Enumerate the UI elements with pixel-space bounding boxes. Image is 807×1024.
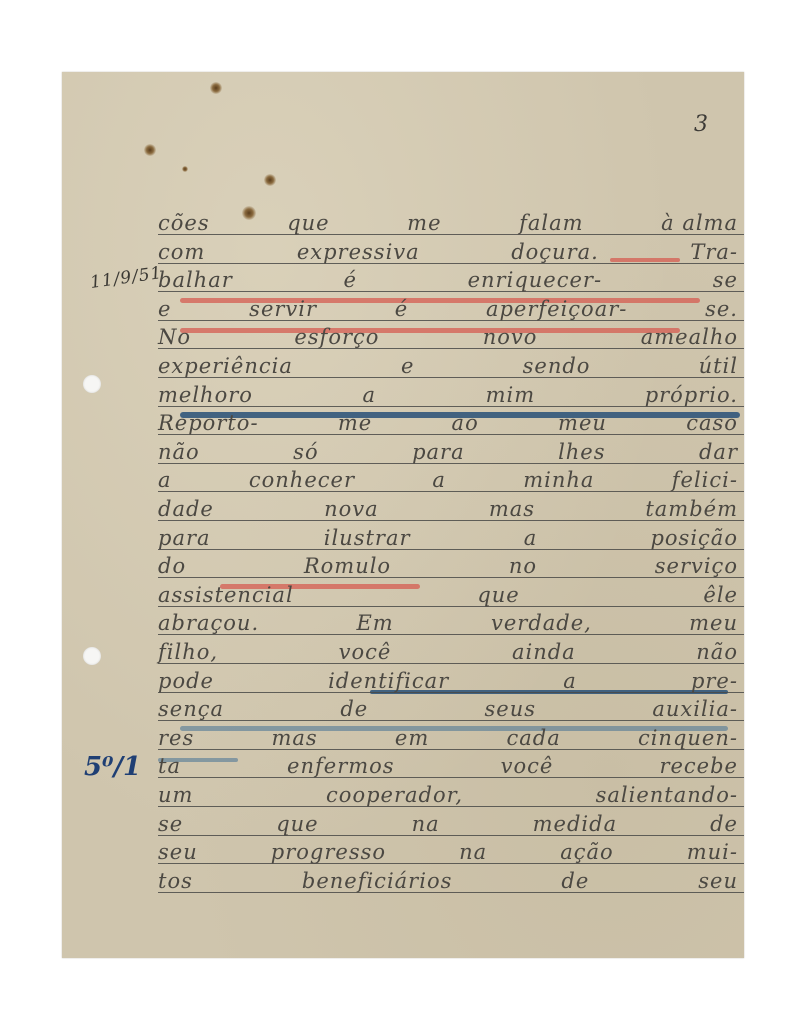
handwritten-line: umcooperador,salientando- — [158, 780, 738, 808]
handwritten-line: taenfermosvocêrecebe — [158, 751, 738, 779]
handwritten-word: dade — [158, 496, 214, 522]
handwritten-line: eserviréaperfeiçoar-se. — [158, 294, 738, 322]
handwritten-word: enriquecer- — [468, 267, 602, 293]
handwritten-word: pode — [158, 668, 214, 694]
stain — [144, 144, 156, 156]
handwritten-word: assistencial — [158, 582, 294, 608]
handwritten-line: assistencialqueêle — [158, 580, 738, 608]
handwritten-word: seu — [158, 839, 198, 865]
handwritten-word: sendo — [523, 353, 591, 379]
handwritten-word: também — [645, 496, 738, 522]
handwritten-word: a — [158, 467, 172, 493]
handwritten-word: conhecer — [249, 467, 355, 493]
handwritten-word: de — [710, 811, 738, 837]
handwritten-word: em — [395, 725, 429, 751]
handwritten-word: a — [362, 382, 376, 408]
handwritten-word: No — [158, 324, 191, 350]
handwritten-word: auxilia- — [652, 696, 738, 722]
handwritten-line: tosbeneficiáriosdeseu — [158, 866, 738, 894]
handwritten-word: ao — [452, 410, 479, 436]
handwritten-word: nova — [324, 496, 379, 522]
handwritten-word: que — [287, 210, 329, 236]
handwritten-word: se — [158, 811, 183, 837]
handwritten-word: na — [459, 839, 487, 865]
stain — [264, 174, 276, 186]
handwritten-word: medida — [533, 811, 617, 837]
handwritten-line: dadenovamastambém — [158, 494, 738, 522]
manuscript-page: 3 11/9/51 5⁰/1 cõesquemefalamà almacomex… — [62, 72, 744, 958]
handwritten-word: ta — [158, 753, 181, 779]
handwritten-word: Reporto- — [158, 410, 259, 436]
handwritten-line: cõesquemefalamà alma — [158, 208, 738, 236]
handwritten-word: um — [158, 782, 193, 808]
handwritten-word: você — [339, 639, 392, 665]
handwritten-word: do — [158, 553, 186, 579]
handwritten-word: filho, — [158, 639, 218, 665]
handwritten-word: ilustrar — [324, 525, 411, 551]
margin-date-annotation: 11/9/51 — [89, 263, 164, 293]
handwritten-word: Tra- — [690, 239, 738, 265]
handwritten-word: de — [561, 868, 589, 894]
handwritten-word: amealho — [641, 324, 738, 350]
handwritten-word: dar — [699, 439, 738, 465]
handwritten-word: a — [432, 467, 446, 493]
handwritten-word: caso — [686, 410, 738, 436]
handwritten-word: expressiva — [297, 239, 420, 265]
handwritten-word: res — [158, 725, 194, 751]
handwritten-line: comexpressivadoçura.Tra- — [158, 237, 738, 265]
handwritten-line: abraçou.Emverdade,meu — [158, 608, 738, 636]
handwritten-word: para — [412, 439, 465, 465]
handwritten-word: se — [713, 267, 738, 293]
handwritten-line: melhoroamimpróprio. — [158, 380, 738, 408]
handwritten-word: a — [563, 668, 577, 694]
handwritten-word: novo — [483, 324, 538, 350]
handwritten-word: servir — [249, 296, 317, 322]
handwritten-word: próprio. — [645, 382, 738, 408]
handwritten-word: você — [501, 753, 554, 779]
handwritten-word: e — [401, 353, 414, 379]
handwritten-word: mas — [271, 725, 317, 751]
handwritten-word: seu — [698, 868, 738, 894]
handwritten-word: útil — [699, 353, 738, 379]
handwritten-line: sençadeseusauxilia- — [158, 694, 738, 722]
handwritten-word: que — [276, 811, 318, 837]
handwritten-word: Em — [356, 610, 393, 636]
handwritten-word: melhoro — [158, 382, 253, 408]
handwritten-word: que — [477, 582, 519, 608]
handwritten-word: minha — [523, 467, 594, 493]
handwritten-word: verdade, — [491, 610, 592, 636]
handwritten-word: serviço — [655, 553, 738, 579]
handwritten-word: recebe — [659, 753, 738, 779]
handwritten-line: filho,vocêaindanão — [158, 637, 738, 665]
handwritten-line: doRomulonoserviço — [158, 551, 738, 579]
handwritten-word: sença — [158, 696, 224, 722]
handwritten-word: lhes — [558, 439, 605, 465]
handwritten-line: Noesforçonovoamealho — [158, 322, 738, 350]
handwritten-word: com — [158, 239, 205, 265]
handwritten-word: felici- — [672, 467, 738, 493]
handwritten-line: podeidentificarapre- — [158, 666, 738, 694]
handwritten-word: experiência — [158, 353, 293, 379]
handwritten-word: para — [158, 525, 211, 551]
handwritten-word: é — [343, 267, 356, 293]
handwritten-word: se. — [705, 296, 738, 322]
handwritten-word: abraçou. — [158, 610, 259, 636]
handwritten-word: me — [338, 410, 372, 436]
handwritten-word: na — [412, 811, 440, 837]
handwritten-line: resmasemcadacinquen- — [158, 723, 738, 751]
handwritten-word: aperfeiçoar- — [486, 296, 627, 322]
handwritten-word: mui- — [687, 839, 738, 865]
handwritten-word: à alma — [661, 210, 738, 236]
punch-hole-bottom — [83, 647, 101, 665]
handwritten-word: doçura. — [511, 239, 599, 265]
handwritten-word: é — [395, 296, 408, 322]
handwritten-word: no — [509, 553, 537, 579]
handwritten-word: mim — [486, 382, 536, 408]
handwritten-line: seuprogressonaaçãomui- — [158, 837, 738, 865]
handwritten-word: seus — [485, 696, 537, 722]
handwritten-line: experiênciaesendoútil — [158, 351, 738, 379]
handwritten-word: salientando- — [596, 782, 738, 808]
handwritten-word: identificar — [328, 668, 449, 694]
handwritten-word: só — [293, 439, 318, 465]
handwritten-line: balharéenriquecer-se — [158, 265, 738, 293]
handwritten-word: meu — [558, 410, 607, 436]
handwritten-word: não — [696, 639, 738, 665]
handwritten-word: de — [340, 696, 368, 722]
handwritten-line: Reporto-meaomeucaso — [158, 408, 738, 436]
handwritten-line: parailustraraposição — [158, 523, 738, 551]
handwritten-word: beneficiários — [302, 868, 452, 894]
handwritten-word: esforço — [294, 324, 379, 350]
handwritten-word: enfermos — [287, 753, 395, 779]
handwritten-line: sequenamedidade — [158, 809, 738, 837]
handwritten-word: e — [158, 296, 171, 322]
handwritten-word: me — [407, 210, 441, 236]
punch-hole-top — [83, 375, 101, 393]
handwritten-word: ainda — [512, 639, 576, 665]
handwritten-line: nãosóparalhesdar — [158, 437, 738, 465]
handwritten-word: falam — [519, 210, 583, 236]
handwritten-word: cões — [158, 210, 210, 236]
page-number: 3 — [694, 112, 708, 137]
stain — [210, 82, 222, 94]
margin-fraction-annotation: 5⁰/1 — [84, 752, 141, 782]
handwritten-word: mas — [489, 496, 535, 522]
handwritten-word: não — [158, 439, 200, 465]
handwritten-word: meu — [689, 610, 738, 636]
handwritten-word: progresso — [271, 839, 386, 865]
handwritten-word: cinquen- — [638, 725, 738, 751]
handwritten-word: tos — [158, 868, 193, 894]
handwritten-word: posição — [650, 525, 738, 551]
handwritten-word: a — [524, 525, 538, 551]
handwritten-word: ação — [560, 839, 613, 865]
handwritten-word: balhar — [158, 267, 233, 293]
handwritten-word: cada — [506, 725, 560, 751]
handwritten-word: pre- — [691, 668, 738, 694]
stain — [182, 166, 188, 172]
handwritten-line: aconheceraminhafelici- — [158, 465, 738, 493]
handwritten-word: Romulo — [304, 553, 391, 579]
handwritten-word: cooperador, — [326, 782, 463, 808]
handwritten-word: êle — [703, 582, 738, 608]
